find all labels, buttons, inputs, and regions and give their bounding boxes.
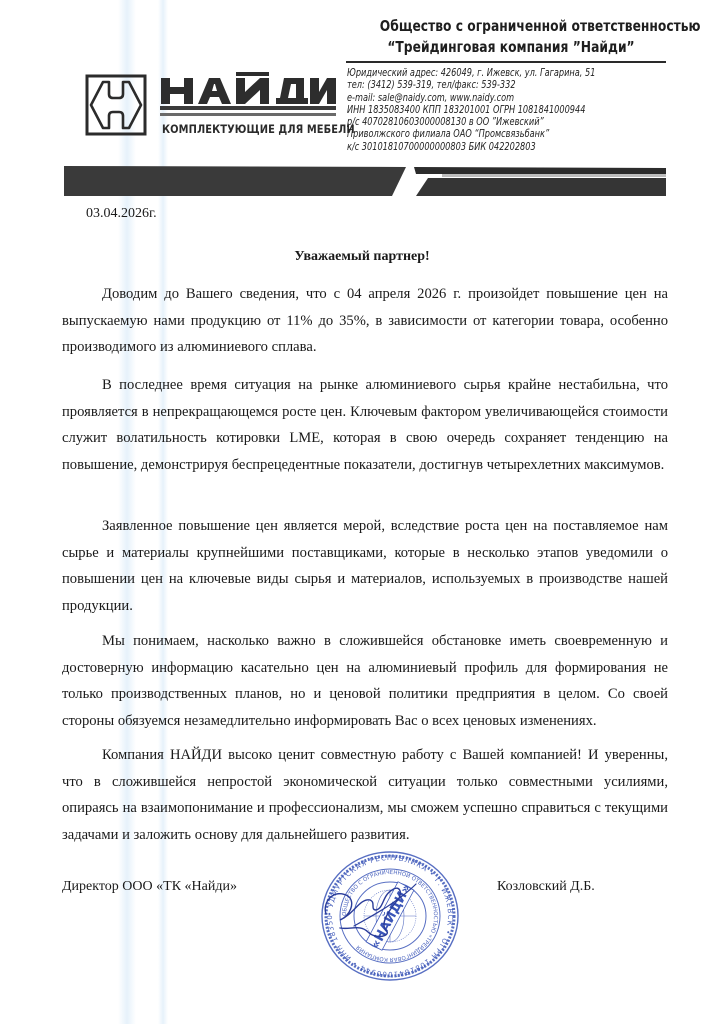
naidy-emblem-icon [85,74,147,136]
email-website: e-mail: sale@naidy.com, www.naidy.com [347,92,595,104]
bank-branch: Приволжского филиала ОАО “Промсвязьбанк” [347,128,595,140]
greeting: Уважаемый партнер! [0,249,724,265]
phone-fax: тел: (3412) 539-319, тел/факс: 539-332 [347,79,595,91]
tax-ids: ИНН 1835083400 КПП 183201001 ОГРН 108184… [347,104,595,116]
company-name: Общество с ограниченной ответственностью… [380,16,642,58]
company-name-line1: Общество с ограниченной ответственностью [380,16,642,37]
legal-address: Юридический адрес: 426049, г. Ижевск, ул… [347,67,595,79]
paragraph-closing: Компания НАЙДИ высоко ценит совместную р… [62,742,668,848]
scan-artifact [118,0,136,1024]
paragraph-market-situation: В последнее время ситуация на рынке алюм… [62,372,668,478]
scan-artifact [158,0,168,1024]
letter-date: 03.04.2026г. [86,206,157,222]
bank-account: р/с 40702810603000008130 в ОО ”Ижевский” [347,116,595,128]
naidy-wordmark [160,72,336,118]
logo-tagline: КОМПЛЕКТУЮЩИЕ ДЛЯ МЕБЕЛИ [162,122,355,136]
correspondent-account: к/с 30101810700000000803 БИК 042202803 [347,141,595,153]
signer-title: Директор ООО «ТК «Найди» [62,879,237,895]
company-stamp-icon: • УДМУРТСКАЯ РЕСПУБЛИКА • Г. ИЖЕВСК • ОГ… [320,850,460,982]
company-details: Юридический адрес: 426049, г. Ижевск, ул… [347,67,595,153]
signer-name: Козловский Д.Б. [497,879,595,895]
letterhead-stripe [64,166,666,196]
paragraph-information: Мы понимаем, насколько важно в сложившей… [62,628,668,734]
paragraph-price-increase: Доводим до Вашего сведения, что с 04 апр… [62,281,668,361]
company-name-line2: “Трейдинговая компания ”Найди” [380,37,642,58]
paragraph-reason: Заявленное повышение цен является мерой,… [62,513,668,619]
header-divider [346,61,666,63]
